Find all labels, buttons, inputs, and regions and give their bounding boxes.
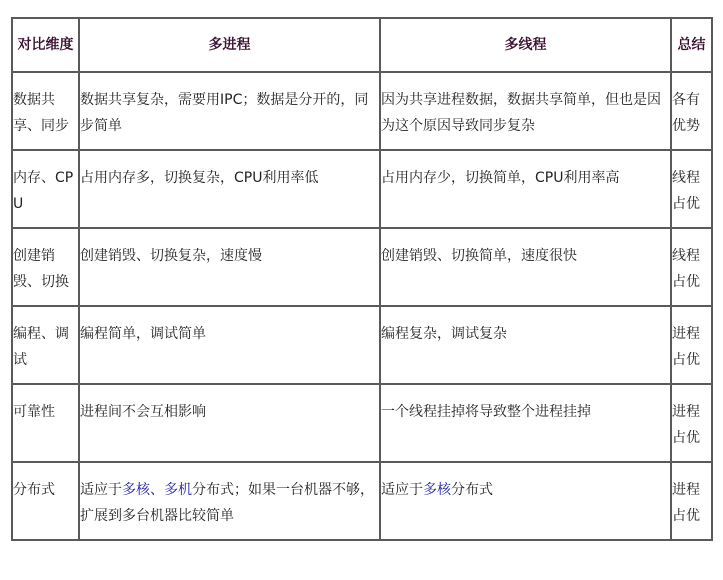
cell-thread: 创建销毁、切换简单，速度很快 (380, 228, 671, 306)
cell-dimension: 内存、CPU (12, 150, 79, 228)
header-process: 多进程 (79, 18, 380, 72)
header-dimension: 对比维度 (12, 18, 79, 72)
process-vs-thread-table: 对比维度 多进程 多线程 总结 数据共享、同步 数据共享复杂，需要用IPC；数据… (11, 17, 713, 541)
cell-process: 进程间不会互相影响 (79, 384, 380, 462)
table-row: 分布式 适应于多核、多机分布式；如果一台机器不够，扩展到多台机器比较简单 适应于… (12, 462, 712, 540)
cell-thread: 一个线程挂掉将导致整个进程挂掉 (380, 384, 671, 462)
header-summary: 总结 (671, 18, 712, 72)
comparison-table-container: 对比维度 多进程 多线程 总结 数据共享、同步 数据共享复杂，需要用IPC；数据… (11, 17, 713, 541)
cell-process: 数据共享复杂，需要用IPC；数据是分开的，同步简单 (79, 72, 380, 150)
keyword-link[interactable]: 多核 (423, 482, 451, 498)
cell-dimension: 编程、调试 (12, 306, 79, 384)
table-row: 可靠性 进程间不会互相影响 一个线程挂掉将导致整个进程挂掉 进程占优 (12, 384, 712, 462)
cell-dimension: 分布式 (12, 462, 79, 540)
keyword-link[interactable]: 多核、多机 (122, 482, 192, 498)
cell-summary: 进程占优 (671, 306, 712, 384)
text: 分布式 (451, 482, 493, 498)
cell-process: 创建销毁、切换复杂，速度慢 (79, 228, 380, 306)
cell-summary: 各有优势 (671, 72, 712, 150)
cell-thread: 编程复杂，调试复杂 (380, 306, 671, 384)
table-row: 创建销毁、切换 创建销毁、切换复杂，速度慢 创建销毁、切换简单，速度很快 线程占… (12, 228, 712, 306)
cell-summary: 线程占优 (671, 228, 712, 306)
cell-process: 适应于多核、多机分布式；如果一台机器不够，扩展到多台机器比较简单 (79, 462, 380, 540)
cell-dimension: 创建销毁、切换 (12, 228, 79, 306)
cell-dimension: 数据共享、同步 (12, 72, 79, 150)
cell-thread: 适应于多核分布式 (380, 462, 671, 540)
cell-summary: 线程占优 (671, 150, 712, 228)
header-row: 对比维度 多进程 多线程 总结 (12, 18, 712, 72)
header-thread: 多线程 (380, 18, 671, 72)
cell-process: 占用内存多，切换复杂，CPU利用率低 (79, 150, 380, 228)
cell-thread: 占用内存少，切换简单，CPU利用率高 (380, 150, 671, 228)
table-row: 编程、调试 编程简单，调试简单 编程复杂，调试复杂 进程占优 (12, 306, 712, 384)
table-row: 数据共享、同步 数据共享复杂，需要用IPC；数据是分开的，同步简单 因为共享进程… (12, 72, 712, 150)
text: 适应于 (80, 482, 122, 498)
cell-process: 编程简单，调试简单 (79, 306, 380, 384)
table-row: 内存、CPU 占用内存多，切换复杂，CPU利用率低 占用内存少，切换简单，CPU… (12, 150, 712, 228)
cell-thread: 因为共享进程数据，数据共享简单，但也是因为这个原因导致同步复杂 (380, 72, 671, 150)
cell-summary: 进程占优 (671, 384, 712, 462)
cell-dimension: 可靠性 (12, 384, 79, 462)
cell-summary: 进程占优 (671, 462, 712, 540)
text: 适应于 (381, 482, 423, 498)
